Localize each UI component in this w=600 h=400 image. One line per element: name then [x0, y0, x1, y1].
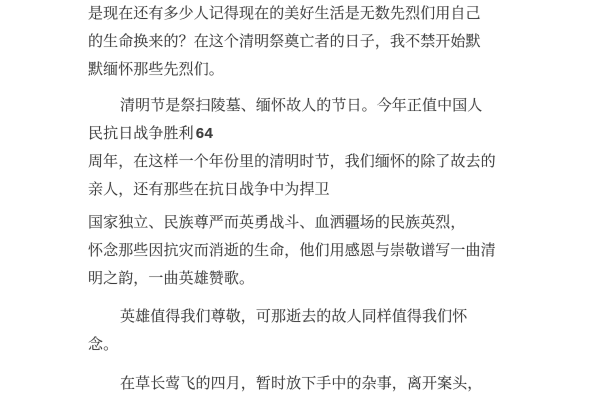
- paragraph: 国家独立、民族尊严而英勇战斗、血洒疆场的民族英烈， 怀念那些因抗灾而消逝的生命，…: [88, 209, 512, 293]
- document-page: 是现在还有多少人记得现在的美好生活是无数先烈们用自己 的生命换来的？在这个清明祭…: [0, 0, 600, 400]
- paragraph: 清明节是祭扫陵墓、缅怀故人的节日。今年正值中国人 民抗日战争胜利64 周年，在这…: [88, 92, 512, 204]
- text-line: 英雄值得我们尊敬，可那逝去的故人同样值得我们怀: [88, 303, 512, 331]
- text-line: 是现在还有多少人记得现在的美好生活是无数先烈们用自己: [88, 0, 512, 28]
- text-line: 在草长莺飞的四月，暂时放下手中的杂事，离开案头，: [88, 370, 512, 398]
- paragraph: 英雄值得我们尊敬，可那逝去的故人同样值得我们怀 念。: [88, 303, 512, 359]
- text-line: 怀念那些因抗灾而消逝的生命，他们用感恩与崇敬谱写一曲清: [88, 237, 512, 265]
- text-line: 亲人，还有那些在抗日战争中为捍卫: [88, 176, 512, 204]
- text-segment: 民抗日战争胜利: [88, 126, 194, 142]
- number-segment: 64: [194, 125, 214, 142]
- text-line: 清明节是祭扫陵墓、缅怀故人的节日。今年正值中国人: [88, 92, 512, 120]
- text-line: 国家独立、民族尊严而英勇战斗、血洒疆场的民族英烈，: [88, 209, 512, 237]
- text-line: 默缅怀那些先烈们。: [88, 56, 512, 84]
- text-line: 民抗日战争胜利64: [88, 120, 512, 148]
- text-line: 的生命换来的？在这个清明祭奠亡者的日子，我不禁开始默: [88, 28, 512, 56]
- paragraph: 在草长莺飞的四月，暂时放下手中的杂事，离开案头，: [88, 370, 512, 398]
- text-line: 周年，在这样一个年份里的清明时节，我们缅怀的除了故去的: [88, 148, 512, 176]
- text-line: 明之韵，一曲英雄赞歌。: [88, 265, 512, 293]
- text-line: 念。: [88, 331, 512, 359]
- paragraph: 是现在还有多少人记得现在的美好生活是无数先烈们用自己 的生命换来的？在这个清明祭…: [88, 0, 512, 84]
